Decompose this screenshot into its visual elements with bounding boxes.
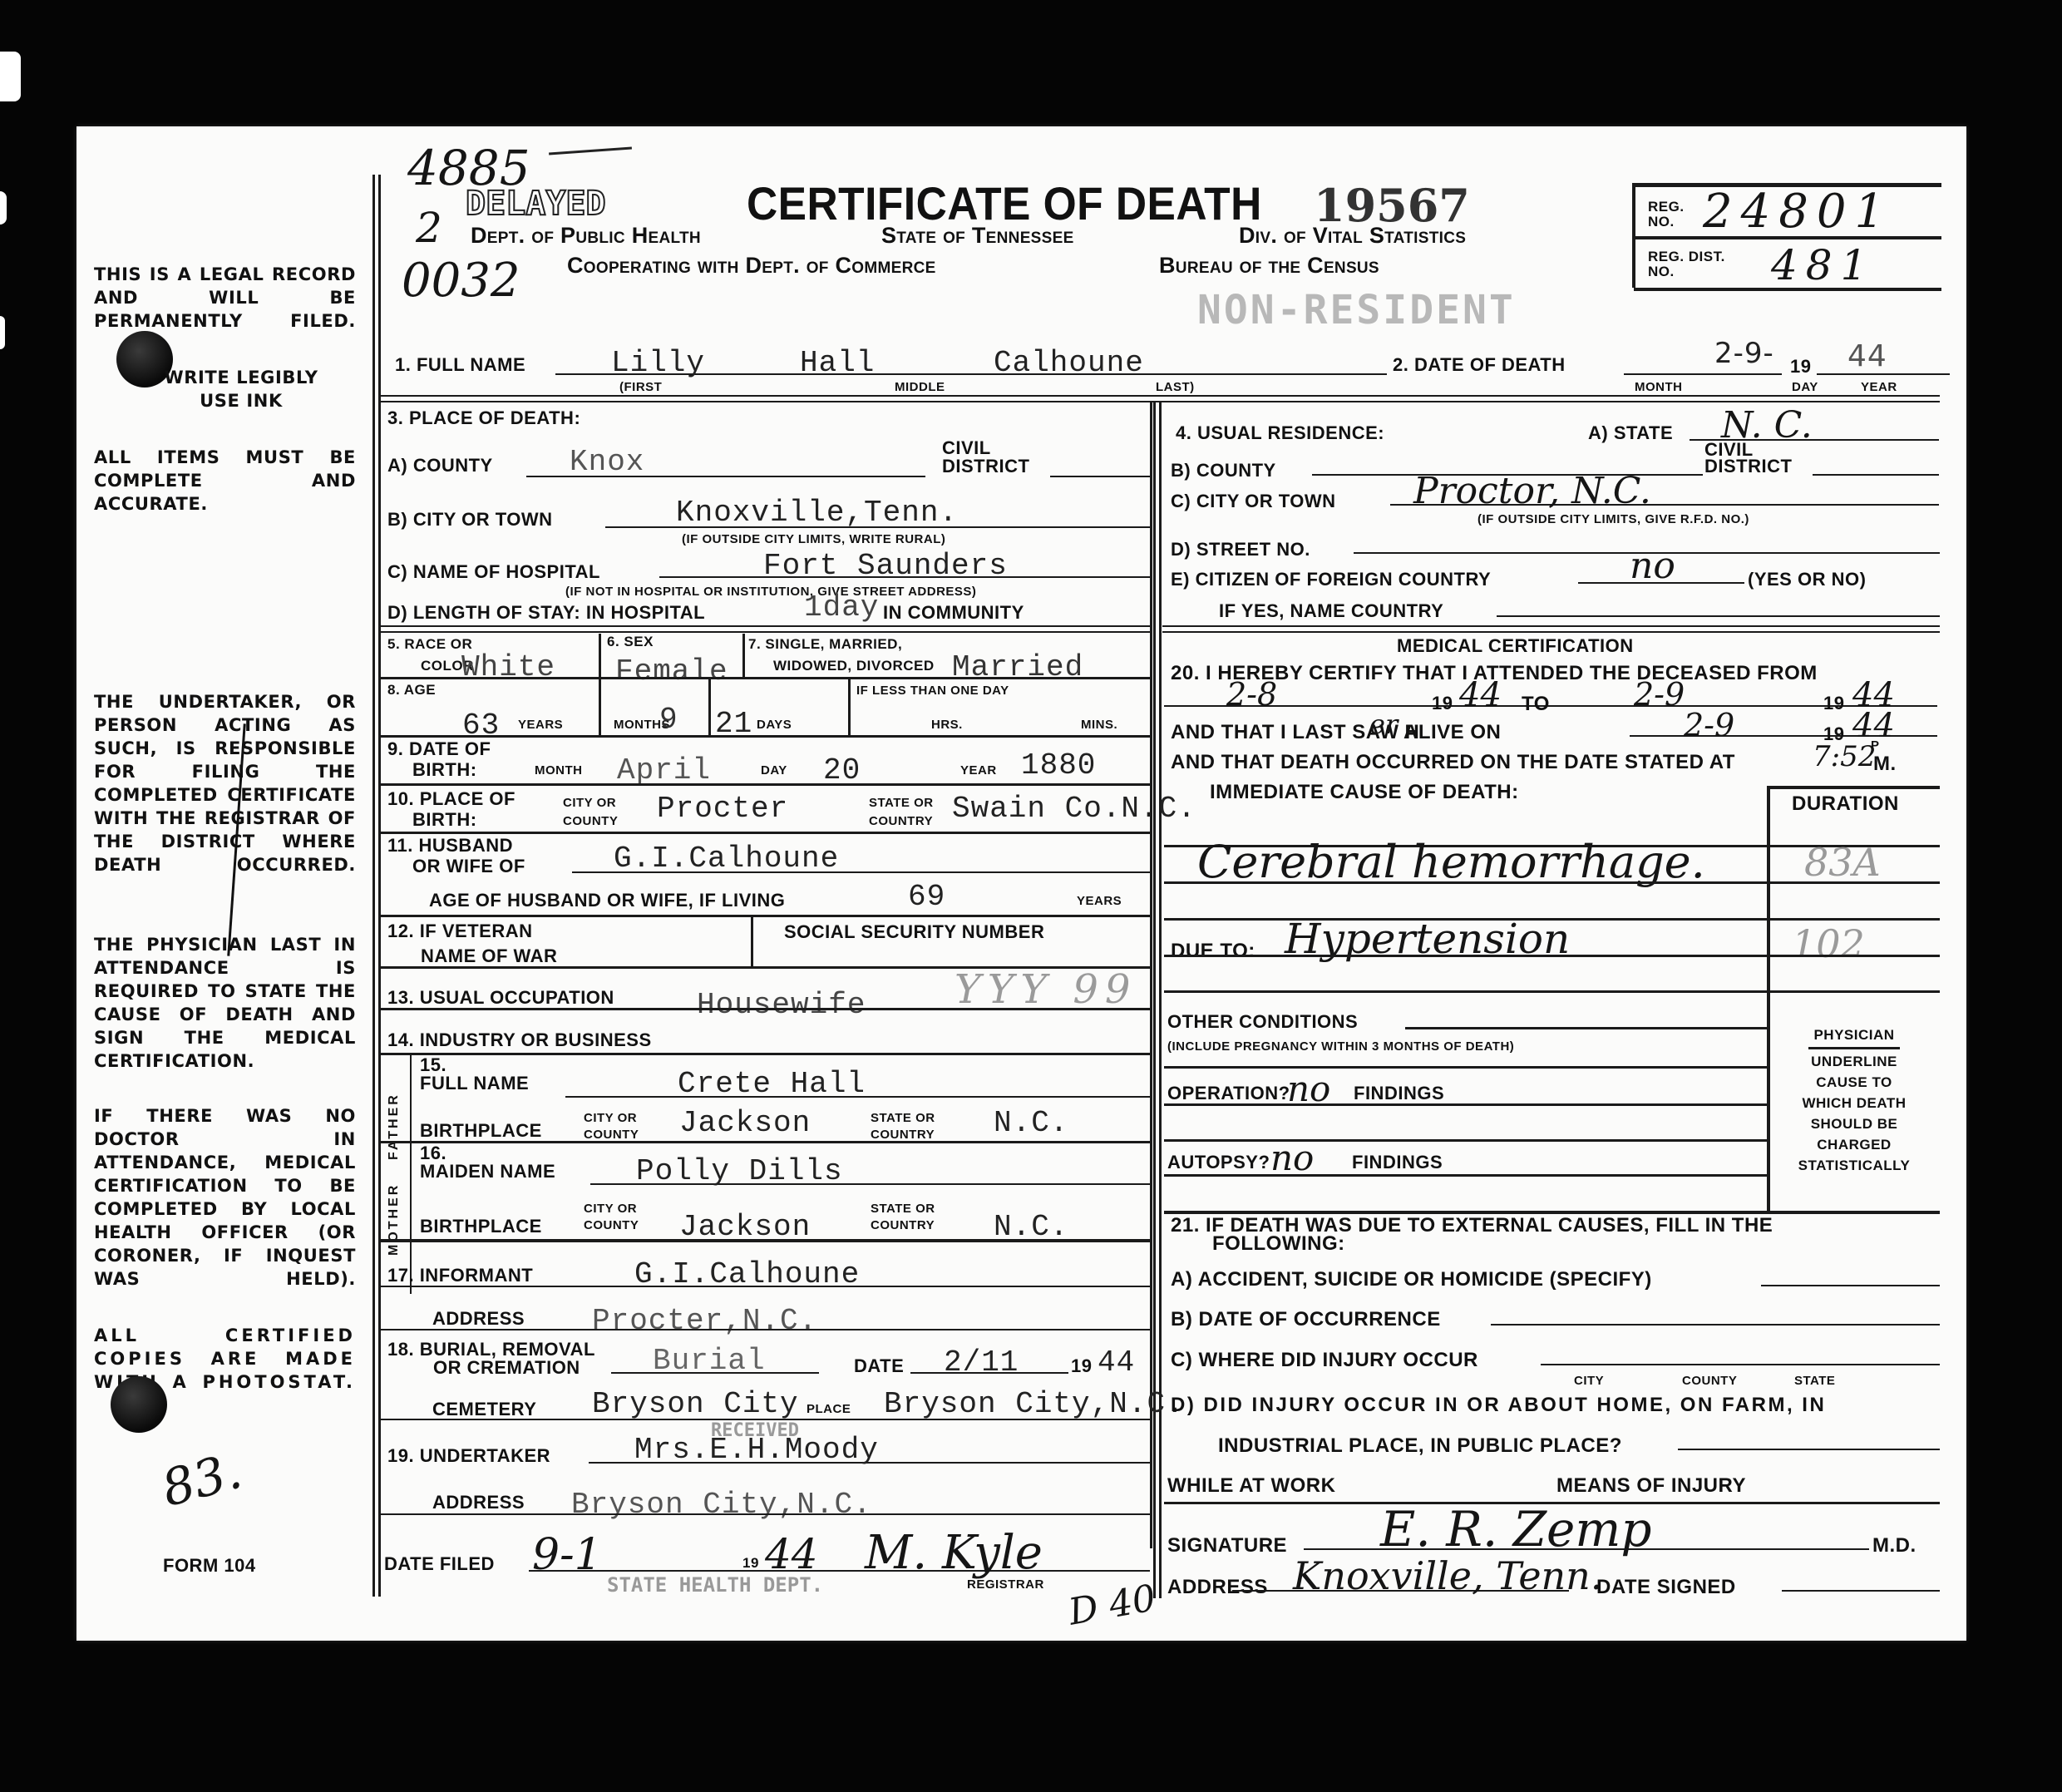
header-division: Div. of Vital Statistics [1239,223,1466,249]
injury-place-label-1: D) DID INJURY OCCUR IN OR ABOUT HOME, ON… [1171,1394,1826,1417]
immediate-cause-value: Cerebral hemorrhage. [1197,836,1705,888]
date-filed-value: 9-1 [532,1530,602,1580]
notice-ink-line-2: USE INK [125,389,358,412]
date-filed-line [529,1570,1150,1572]
header-state: State of Tennessee [881,223,1074,249]
reg-dist-value: 481 [1771,241,1875,289]
mother-name-value: Polly Dills [636,1154,843,1188]
marital-label: 7. SINGLE, MARRIED, WIDOWED, DIVORCED [748,634,935,677]
undertaker-address-label: ADDRESS [432,1492,525,1513]
city-note: (IF OUTSIDE CITY LIMITS, WRITE RURAL) [682,532,945,546]
dob-label-1: 9. DATE OF [387,738,491,759]
handwritten-number-2: 2 [416,204,442,252]
spouse-age-label: AGE OF HUSBAND OR WIFE, IF LIVING [429,890,785,911]
mother-state-country-label: STATE OR COUNTRY [871,1201,935,1234]
row-divider [1164,1103,1767,1106]
attended-to-year-prefix: 19 [1823,693,1844,714]
stay-community-label: IN COMMUNITY [883,602,1024,624]
left-panel-right-border [1150,401,1152,1548]
physician-note-6: CHARGED [1771,1134,1937,1155]
pob-state-value: Swain Co.N.C. [952,792,1196,826]
date-of-death-year-prefix: 19 [1790,356,1811,378]
burial-date: 2/11 [944,1345,1019,1380]
burial-year: 44 [1098,1345,1135,1380]
attended-from: 2-8 [1226,676,1277,713]
informant-label: 17. INFORMANT [387,1265,533,1286]
pob-label-1: 10. PLACE OF [387,788,515,809]
left-section-divider [381,625,1150,633]
years-label: YEARS [518,718,563,732]
county-label: A) COUNTY [387,455,493,476]
attended-from-year-prefix: 19 [1432,693,1453,714]
physician-note-7: STATISTICALLY [1771,1155,1937,1176]
row-divider [381,1329,1150,1330]
civil-label: CIVIL [942,439,1029,457]
first-caption: (FIRST [619,380,662,394]
father-num: 15. [420,1056,529,1074]
row-divider [381,1053,1150,1055]
col-divider [751,915,753,966]
civil-district-label: CIVIL DISTRICT [942,439,1029,476]
reg-no-label: REG. NO. [1648,200,1698,230]
county-label: COUNTY [584,1217,639,1234]
stay-hospital-value: 1day [804,590,879,624]
last-caption: LAST) [1156,380,1195,394]
row-divider [381,1239,1150,1242]
external-label-2: FOLLOWING: [1171,1235,1773,1253]
pob-city-county-label: CITY OR COUNTY [563,794,618,831]
film-edge-mark [0,52,21,101]
physician-note-5: SHOULD BE [1771,1113,1937,1134]
injury-place-line [1678,1449,1940,1450]
physician-note-rule [1808,1047,1900,1049]
stay-label: D) LENGTH OF STAY: IN HOSPITAL [387,602,705,624]
row-divider [381,832,1150,834]
registrar-label: REGISTRAR [967,1577,1044,1592]
burial-date-label: DATE [854,1355,904,1377]
date-signed-line [1782,1590,1940,1592]
father-name-label: 15. FULL NAME [420,1056,529,1093]
date-of-death-label: 2. DATE OF DEATH [1393,354,1566,376]
duration-2: 102 [1792,921,1865,966]
signature-address-label: ADDRESS [1167,1576,1268,1599]
country-label: COUNTRY [869,812,934,831]
col-divider [742,634,745,677]
industry-label: 14. INDUSTRY OR BUSINESS [387,1029,652,1051]
marital-label-1: 7. SINGLE, MARRIED, [748,634,935,655]
row-divider [381,1141,1150,1143]
full-name-label: 1. FULL NAME [395,354,525,376]
marital-label-2: WIDOWED, DIVORCED [748,655,935,677]
cause-line-5 [1164,990,1940,993]
alive-on-value: 2-9 [1684,707,1734,743]
country-label: COUNTRY [871,1217,935,1234]
middle-name: Hall [800,346,875,380]
hospital-label: C) NAME OF HOSPITAL [387,561,600,583]
row-divider [381,783,1150,786]
undertaker-address: Bryson City,N.C. [571,1488,872,1522]
non-resident-stamp: NON-RESIDENT [1197,287,1516,333]
father-name-value: Crete Hall [678,1067,866,1101]
age-months-value: 9 [659,703,678,737]
cemetery-value: Bryson City [592,1387,799,1421]
parents-divider [410,1053,412,1294]
immediate-cause-label: IMMEDIATE CAUSE OF DEATH: [1210,781,1519,804]
civil-district-line [1050,476,1150,477]
occurrence-date-label: B) DATE OF OCCURRENCE [1171,1308,1441,1331]
notice-legal-record: THIS IS A LEGAL RECORD AND WILL BE PERMA… [94,263,356,333]
autopsy-value: no [1270,1138,1314,1178]
occupation-code: YYY 99 [955,966,1137,1013]
col-divider [599,634,601,735]
day-caption: DAY [1792,380,1818,394]
father-birthplace-label: BIRTHPLACE [420,1120,542,1142]
physician-address: Knoxville, Tenn. [1293,1553,1602,1598]
cause-line-2 [1164,881,1940,884]
md-label: M.D. [1872,1534,1916,1558]
due-to-label: DUE TO: [1171,940,1255,963]
burial-label: 18. BURIAL, REMOVAL OR CREMATION [387,1340,595,1377]
city-value: Knoxville,Tenn. [676,496,958,530]
date-of-death-month-day: 2-9- [1714,337,1774,370]
notice-no-doctor: IF THERE WAS NO DOCTOR IN ATTENDANCE, ME… [94,1104,356,1291]
mother-num: 16. [420,1144,555,1163]
pob-label-2: BIRTH: [387,809,515,830]
handwritten-number-3: 0032 [402,254,520,308]
pob-state-country-label: STATE OR COUNTRY [869,794,934,831]
row-divider [381,735,1150,738]
county-label: COUNTY [563,812,618,831]
duration-label: DURATION [1792,792,1899,816]
sex-label: 6. SEX [607,634,654,650]
alive-on-label: ALIVE ON [1403,721,1501,744]
occupation-value: Housewife [697,988,866,1022]
res-street-label: D) STREET NO. [1171,539,1310,560]
right-section-divider [1162,625,1940,633]
burial-type: Burial [653,1344,766,1378]
injury-county-caption: COUNTY [1682,1374,1737,1388]
mother-city-county-label: CITY OR COUNTY [584,1201,639,1234]
cause-line-4 [1164,955,1940,957]
accident-label: A) ACCIDENT, SUICIDE OR HOMICIDE (SPECIF… [1171,1268,1652,1291]
state-or-label: STATE OR [871,1201,935,1217]
col-divider [848,677,851,735]
row-divider [1164,1066,1767,1069]
date-of-death-line [1624,373,1782,375]
accident-line [1761,1285,1940,1286]
row-divider [381,1513,1150,1515]
citizen-options: (YES OR NO) [1748,569,1866,590]
father-full-name-label: FULL NAME [420,1074,529,1093]
informant-address-label: ADDRESS [432,1308,525,1330]
signature-label: SIGNATURE [1167,1534,1287,1558]
date-of-death-year: 44 [1847,339,1887,373]
injury-state-caption: STATE [1794,1374,1835,1388]
spouse-label: 11. HUSBAND OR WIFE OF [387,835,525,876]
physician-note-3: CAUSE TO [1771,1072,1937,1093]
row-divider [381,915,1150,917]
physician-note-2: UNDERLINE [1771,1051,1937,1072]
col-divider [708,677,711,735]
row-divider [381,677,1150,679]
place-of-death-label: 3. PLACE OF DEATH: [387,407,580,429]
occupation-label: 13. USUAL OCCUPATION [387,987,614,1009]
date-filed-label: DATE FILED [384,1553,495,1575]
row-divider [381,1286,1150,1287]
attended-from-year: 44 [1459,676,1502,714]
notice-complete: ALL ITEMS MUST BE COMPLETE AND ACCURATE. [94,446,356,516]
res-city-label: C) CITY OR TOWN [1171,491,1336,512]
city-label: B) CITY OR TOWN [387,509,553,531]
last-name: Calhoune [994,346,1144,380]
reg-dist-label: REG. DIST. NO. [1648,249,1731,279]
external-label: 21. IF DEATH WAS DUE TO EXTERNAL CAUSES,… [1171,1217,1773,1253]
mother-name-label: 16. MAIDEN NAME [420,1144,555,1181]
sex-value: Female [615,654,728,689]
other-conditions-line [1405,1027,1767,1029]
operation-label: OPERATION? [1167,1083,1290,1104]
physician-signature: E. R. Zemp [1380,1501,1652,1558]
veteran-label: 12. IF VETERAN NAME OF WAR [387,919,557,969]
days-label: DAYS [757,718,792,732]
month-caption: MONTH [1635,380,1683,394]
registrar-signature: M. Kyle [865,1526,1043,1580]
spouse-label-2: OR WIFE OF [387,856,525,876]
physician-note-1: PHYSICIAN [1771,1024,1937,1045]
informant-address: Procter,N.C. [592,1304,817,1338]
mother-birthplace-label: BIRTHPLACE [420,1216,542,1237]
first-name: Lilly [611,346,705,380]
notice-physician: THE PHYSICIAN LAST IN ATTENDANCE IS REQU… [94,933,356,1073]
reg-no-value: 24801 [1703,185,1892,239]
notice-ink: WRITE LEGIBLY USE INK [125,366,358,412]
spouse-years-label: YEARS [1077,894,1122,908]
less-than-day-label: IF LESS THAN ONE DAY [856,684,1009,698]
dob-year-value: 1880 [1021,748,1096,782]
burial-label-2: OR CREMATION [387,1359,595,1377]
death-occurred-label: AND THAT DEATH OCCURRED ON THE DATE STAT… [1171,751,1735,774]
date-filed-year-prefix: 19 [742,1555,759,1572]
place-label: PLACE [807,1402,851,1416]
res-city-note: (IF OUTSIDE CITY LIMITS, GIVE R.F.D. NO.… [1477,512,1749,526]
dob-day-value: 20 [823,753,861,787]
ssn-label: SOCIAL SECURITY NUMBER [784,921,1044,943]
city-or-label: CITY OR [584,1110,639,1127]
death-time-meridiem: P [1871,738,1880,753]
duration-column-border [1767,786,1770,1214]
injury-where-label: C) WHERE DID INJURY OCCUR [1171,1349,1478,1372]
form-number: FORM 104 [163,1555,256,1577]
date-signed-label: DATE SIGNED [1596,1576,1736,1599]
burial-year-prefix: 19 [1071,1355,1092,1377]
hospital-value: Fort Saunders [763,549,1008,583]
res-county-label: B) COUNTY [1171,460,1276,481]
year-line [1817,373,1950,375]
injury-where-line [1541,1364,1940,1365]
operation-findings-label: FINDINGS [1354,1083,1444,1104]
mins-label: MINS. [1081,718,1117,732]
res-district-line [1813,474,1939,476]
spouse-label-1: 11. HUSBAND [387,835,525,856]
pob-city-value: Procter [657,792,788,826]
while-at-work-label: WHILE AT WORK [1167,1474,1335,1498]
attended-line [1164,705,1937,707]
spouse-age-value: 69 [908,880,945,914]
father-birth-state: N.C. [994,1106,1068,1140]
autopsy-label: AUTOPSY? [1167,1152,1270,1173]
county-value: Knox [570,445,644,479]
other-conditions-label: OTHER CONDITIONS [1167,1011,1358,1033]
state-health-dept-stamp: STATE HEALTH DEPT. [607,1573,823,1597]
pob-label: 10. PLACE OF BIRTH: [387,788,515,830]
row-divider [1164,1174,1767,1177]
header-bureau: Bureau of the Census [1159,253,1379,279]
medical-heading: MEDICAL CERTIFICATION [1397,635,1634,657]
father-city-county-label: CITY OR COUNTY [584,1110,639,1143]
city-or-label: CITY OR [563,794,618,812]
foreign-country-label: IF YES, NAME COUNTRY [1219,600,1443,622]
dob-month-label: MONTH [535,763,583,778]
veteran-label-1: 12. IF VETERAN [387,919,557,944]
mother-maiden-name-label: MAIDEN NAME [420,1163,555,1181]
dob-year-label: YEAR [960,763,997,778]
injury-city-caption: CITY [1574,1374,1604,1388]
dob-day-label: DAY [761,763,787,778]
year-caption: YEAR [1861,380,1897,394]
res-state-label: A) STATE [1588,422,1673,444]
veteran-label-2: NAME OF WAR [387,944,557,969]
hospital-note: (IF NOT IN HOSPITAL OR INSTITUTION, GIVE… [565,585,976,599]
father-side-label: FATHER [387,1069,402,1160]
foreign-country-line [1497,615,1940,617]
duration-1: 83A [1804,840,1881,885]
death-time: 7:52 [1813,740,1876,773]
means-of-injury-label: MEANS OF INJURY [1556,1474,1746,1498]
film-edge-mark [0,316,5,349]
district-label: DISTRICT [1704,458,1792,475]
m-suffix: M. [1873,753,1897,776]
res-city-value: Proctor, N.C. [1413,470,1651,512]
burial-label-1: 18. BURIAL, REMOVAL [387,1340,595,1359]
date-filed-year: 44 [765,1530,818,1578]
notice-ink-line-1: WRITE LEGIBLY [125,366,358,389]
state-or-label: STATE OR [869,794,934,812]
film-edge-mark [0,191,7,225]
father-birth-city: Jackson [679,1106,811,1140]
father-state-country-label: STATE OR COUNTRY [871,1110,935,1143]
usual-residence-label: 4. USUAL RESIDENCE: [1176,422,1384,444]
state-or-label: STATE OR [871,1110,935,1127]
spouse-value: G.I.Calhoune [614,842,839,876]
citizen-value: no [1630,545,1675,587]
notice-undertaker: THE UNDERTAKER, OR PERSON ACTING AS SUCH… [94,690,356,876]
cemetery-label: CEMETERY [432,1399,536,1420]
undertaker-label: 19. UNDERTAKER [387,1445,550,1467]
dob-label: 9. DATE OF BIRTH: [387,738,491,780]
last-saw-pronoun: er [1369,708,1398,740]
autopsy-findings-label: FINDINGS [1352,1152,1443,1173]
delayed-stamp: DELAYED [466,185,606,223]
burial-place-value: Bryson City,N.C. [884,1387,1185,1421]
dob-label-2: BIRTH: [387,759,491,780]
age-label: 8. AGE [387,682,436,699]
physician-note-4: WHICH DEATH [1771,1093,1937,1113]
occurrence-date-line [1491,1324,1940,1325]
header-dept: Dept. of Public Health [471,223,701,249]
district-label: DISTRICT [942,457,1029,476]
citizen-label: E) CITIZEN OF FOREIGN COUNTRY [1171,569,1491,590]
header-cooperating: Cooperating with Dept. of Commerce [567,253,936,279]
city-or-label: CITY OR [584,1201,639,1217]
hrs-label: HRS. [931,718,963,732]
duration-top-line [1769,786,1940,789]
middle-caption: MIDDLE [895,380,945,394]
left-form-border [372,175,381,1597]
punch-hole [111,1376,167,1433]
attended-to: 2-9 [1634,676,1685,713]
dob-month-value: April [617,753,711,787]
injury-place-label-2: INDUSTRIAL PLACE, IN PUBLIC PLACE? [1218,1434,1622,1458]
res-civil-district-label: CIVIL DISTRICT [1704,442,1792,475]
physician-note: PHYSICIAN UNDERLINE CAUSE TO WHICH DEATH… [1771,1024,1937,1176]
other-conditions-note: (INCLUDE PREGNANCY WITHIN 3 MONTHS OF DE… [1167,1039,1514,1054]
row-divider [1164,1139,1767,1142]
row-divider [381,1008,1150,1010]
to-label: TO [1522,693,1550,716]
undertaker-name: Mrs.E.H.Moody [634,1433,879,1467]
